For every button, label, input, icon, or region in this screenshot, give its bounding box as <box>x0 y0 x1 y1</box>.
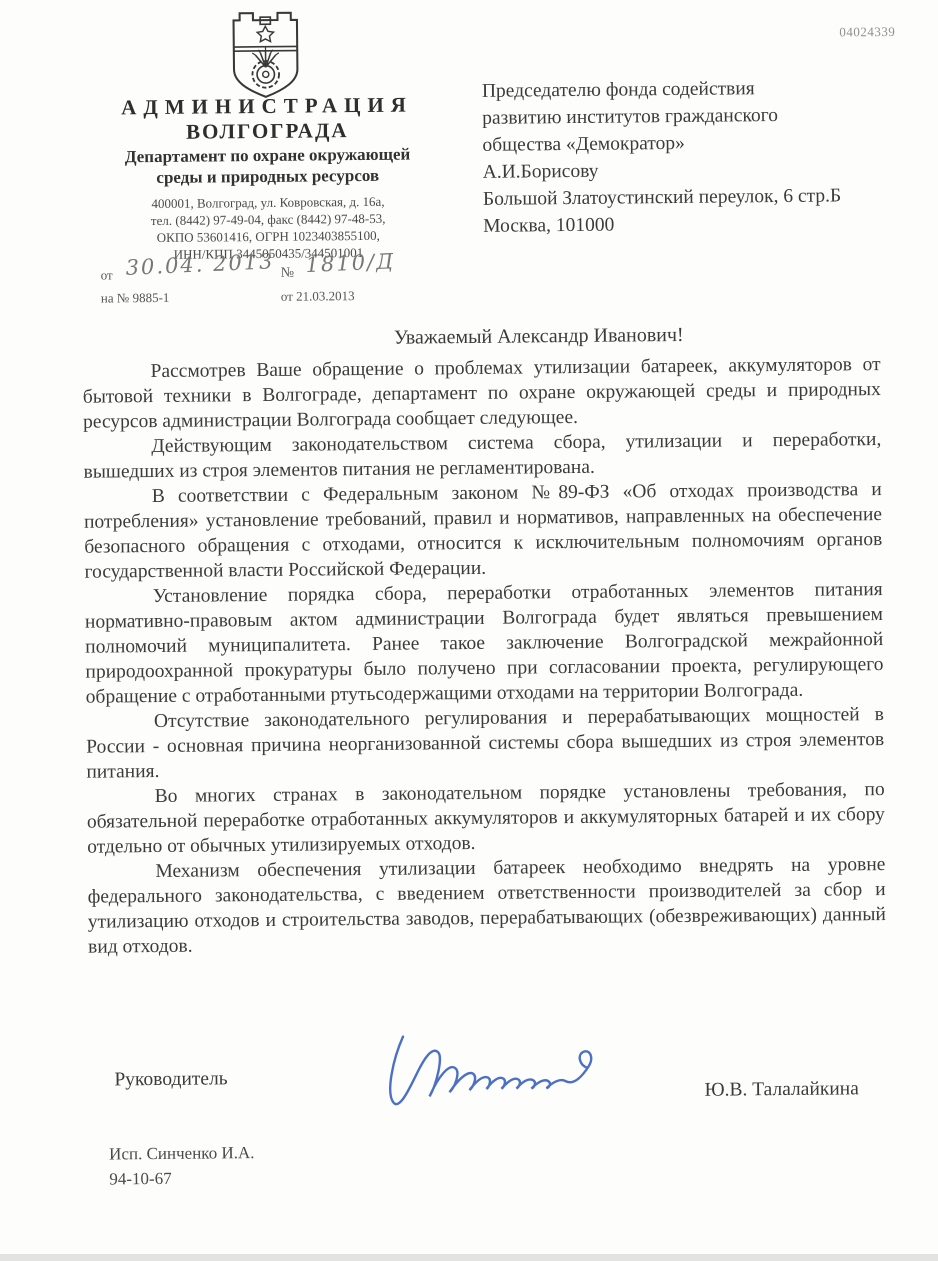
recipient-line: общества «Демократор» <box>482 128 922 159</box>
volgograd-coat-of-arms-icon <box>225 10 306 101</box>
department-name-line2: среды и природных ресурсов <box>56 165 480 189</box>
recipient-line: развитию институтов гражданского <box>482 101 922 132</box>
body-paragraph: Во многих странах в законодательном поря… <box>87 777 886 860</box>
scan-content: 04024339 АДМИНИСТРАЦИЯ ВОЛГОГРАДА Департ… <box>0 0 938 1261</box>
executor-block: Исп. Синченко И.А. 94-10-67 <box>109 1140 255 1191</box>
handwritten-signature-icon <box>379 1029 615 1123</box>
body-paragraph: Установление порядка сбора, переработки … <box>85 577 884 710</box>
recipient-line: Москва, 101000 <box>483 209 923 240</box>
document-scan-number: 04024339 <box>839 24 895 41</box>
recipient-line: Большой Златоустинский переулок, 6 стр.Б <box>483 182 923 213</box>
incoming-number: на № 9885-1 <box>101 290 170 307</box>
org-name-line2: ВОЛГОГРАДА <box>55 117 479 146</box>
recipient-block: Председателю фонда содействия развитию и… <box>482 74 924 240</box>
incoming-date: от 21.03.2013 <box>281 288 355 305</box>
salutation: Уважаемый Александр Иванович! <box>82 322 880 353</box>
signer-name: Ю.В. Талалайкина <box>704 1078 859 1101</box>
reference-block: от 30.04. 2013 № 1810/Д на № 9885-1 от 2… <box>101 254 441 309</box>
body-paragraph: В соответствии с Федеральным законом №89… <box>84 477 883 585</box>
executor-name: Исп. Синченко И.А. <box>109 1140 255 1166</box>
letter-body: Рассмотрев Ваше обращение о проблемах ут… <box>82 352 886 960</box>
outgoing-date-label: от <box>101 267 113 283</box>
outgoing-number-label: № <box>281 266 295 282</box>
department-name-line1: Департамент по охране окружающей <box>55 144 479 168</box>
signer-position-title: Руководитель <box>114 1068 227 1091</box>
body-paragraph: Действующим законодательством система сб… <box>83 427 881 485</box>
reference-row-outgoing: от 30.04. 2013 № 1810/Д <box>101 254 441 287</box>
executor-phone: 94-10-67 <box>109 1165 255 1191</box>
scan-bottom-edge <box>0 1254 938 1261</box>
body-paragraph: Механизм обеспечения утилизации батареек… <box>87 852 886 960</box>
scanned-letter-page: 04024339 АДМИНИСТРАЦИЯ ВОЛГОГРАДА Департ… <box>0 0 938 1261</box>
reference-row-incoming: на № 9885-1 от 21.03.2013 <box>101 284 441 309</box>
body-paragraph: Рассмотрев Ваше обращение о проблемах ут… <box>82 352 881 435</box>
recipient-line: А.И.Борисову <box>483 155 923 186</box>
outgoing-number-handwritten: 1810/Д <box>305 249 396 277</box>
body-paragraph: Отсутствие законодательного регулировани… <box>86 702 885 785</box>
recipient-line: Председателю фонда содействия <box>482 74 922 105</box>
